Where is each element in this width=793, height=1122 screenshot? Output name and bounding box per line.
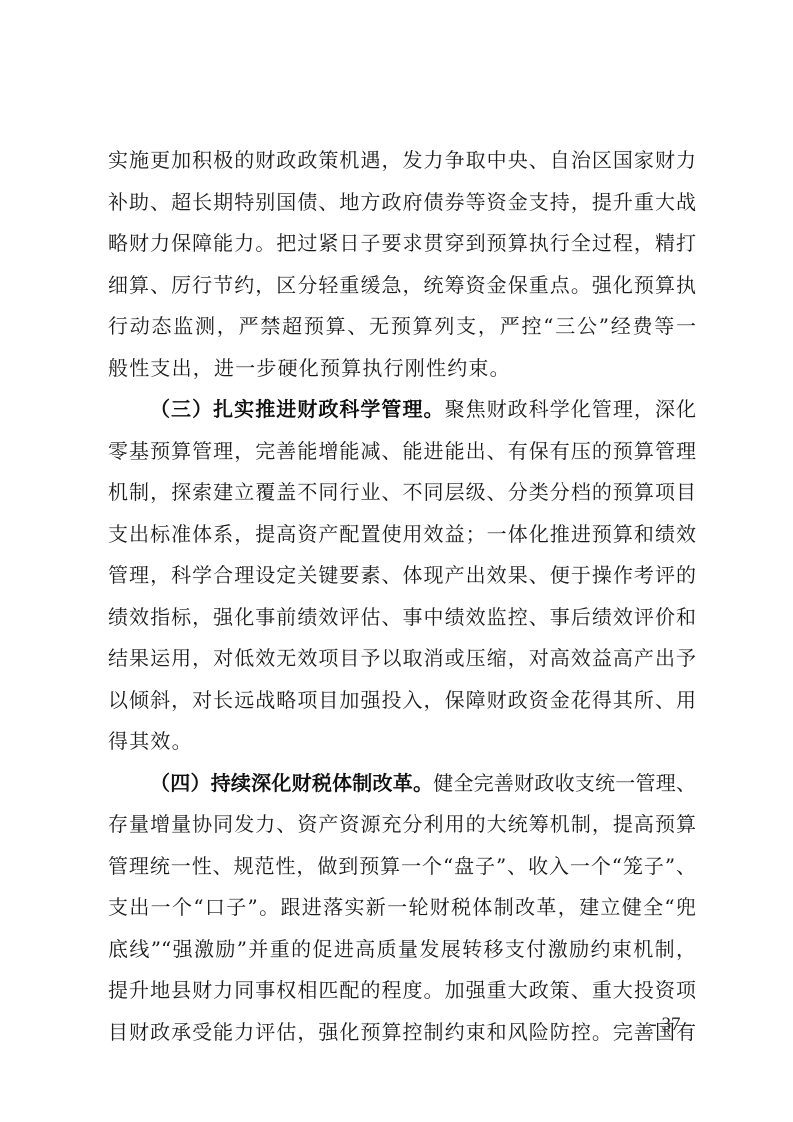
text-line: 支出标准体系，提高资产配置使用效益；一体化推进预算和绩效 [108,514,696,556]
paragraph-section-three: （三）扎实推进财政科学管理。聚焦财政科学化管理，深化 零基预算管理，完善能增能减… [108,389,696,763]
text-line: 补助、超长期特别国债、地方政府债券等资金支持，提升重大战 [108,182,696,224]
section-heading-line: （四）持续深化财税体制改革。健全完善财政收支统一管理、 [108,763,696,805]
section-heading-four: （四）持续深化财税体制改革。 [150,771,433,795]
text-line: 实施更加积极的财政政策机遇，发力争取中央、自治区国家财力 [108,140,696,182]
text-line: 细算、厉行节约，区分轻重缓急，统筹资金保重点。强化预算执 [108,265,696,307]
text-line: 结果运用，对低效无效项目予以取消或压缩，对高效益高产出予 [108,638,696,680]
text-line: 管理，科学合理设定关键要素、体现产出效果、便于操作考评的 [108,555,696,597]
text-line: 目财政承受能力评估，强化预算控制约束和风险防控。完善国有 [108,1012,696,1054]
text-line: 行动态监测，严禁超预算、无预算列支，严控“三公”经费等一 [108,306,696,348]
text-line: 般性支出，进一步硬化预算执行刚性约束。 [108,348,696,390]
text-line: 管理统一性、规范性，做到预算一个“盘子”、收入一个“笼子”、 [108,846,696,888]
paragraph-budget-execution: 实施更加积极的财政政策机遇，发力争取中央、自治区国家财力 补助、超长期特别国债、… [108,140,696,389]
text-line: 支出一个“口子”。跟进落实新一轮财税体制改革，建立健全“兜 [108,887,696,929]
section-heading-line: （三）扎实推进财政科学管理。聚焦财政科学化管理，深化 [108,389,696,431]
page-number: - 37 - [640,1014,702,1036]
text-line: 零基预算管理，完善能增能减、能进能出、有保有压的预算管理 [108,431,696,473]
heading-line-text: 健全完善财政收支统一管理、 [433,771,696,795]
text-line: 底线”“强激励”并重的促进高质量发展转移支付激励约束机制， [108,929,696,971]
text-line: 提升地县财力同事权相匹配的程度。加强重大政策、重大投资项 [108,970,696,1012]
body-text: 实施更加积极的财政政策机遇，发力争取中央、自治区国家财力 补助、超长期特别国债、… [108,140,696,1053]
text-line: 绩效指标，强化事前绩效评估、事中绩效监控、事后绩效评价和 [108,597,696,639]
text-line: 以倾斜，对长远战略项目加强投入，保障财政资金花得其所、用 [108,680,696,722]
text-line: 得其效。 [108,721,696,763]
text-line: 机制，探索建立覆盖不同行业、不同层级、分类分档的预算项目 [108,472,696,514]
section-heading-three: （三）扎实推进财政科学管理。 [150,397,445,421]
text-line: 略财力保障能力。把过紧日子要求贯穿到预算执行全过程，精打 [108,223,696,265]
paragraph-section-four: （四）持续深化财税体制改革。健全完善财政收支统一管理、 存量增量协同发力、资产资… [108,763,696,1054]
heading-line-text: 聚焦财政科学化管理，深化 [445,397,696,421]
document-page: 实施更加积极的财政政策机遇，发力争取中央、自治区国家财力 补助、超长期特别国债、… [0,0,793,1122]
text-line: 存量增量协同发力、资产资源充分利用的大统筹机制，提高预算 [108,804,696,846]
